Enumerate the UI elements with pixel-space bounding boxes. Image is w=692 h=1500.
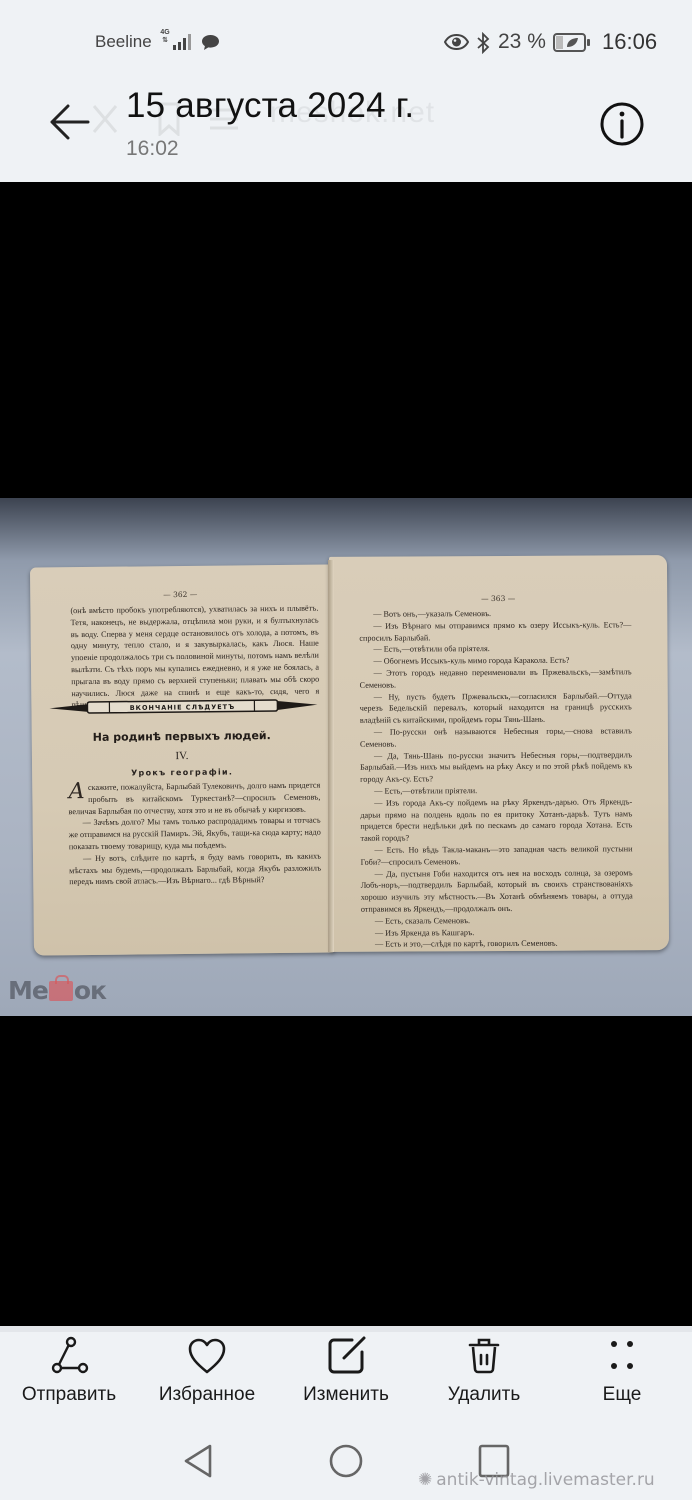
share-icon	[49, 1336, 89, 1376]
text-paragraph: — Изъ города Акъ-су пойдемъ на рѣку Ярке…	[360, 796, 632, 845]
chat-bubble-icon	[201, 34, 220, 51]
text-paragraph: — Изъ Вѣрнаго мы отправимся прямо къ озе…	[359, 619, 631, 644]
carrier-name: Beeline	[95, 32, 152, 52]
share-label: Отправить	[4, 1384, 134, 1406]
site-watermark: ✺antik-vintag.livemaster.ru	[418, 1470, 655, 1490]
share-button[interactable]: Отправить	[4, 1332, 134, 1422]
signal-icon	[172, 34, 194, 50]
ornament-text: ВКОНЧАНІЕ СЛѢДУЕТЪ	[130, 703, 236, 712]
more-button[interactable]: Еще	[557, 1332, 687, 1422]
sunburst-logo-icon: ✺	[418, 1470, 432, 1490]
image-time-subtitle: 16:02	[126, 137, 179, 161]
left-page-bottom-text: Аскажите, пожалуйста, Барлыбай Тулекович…	[68, 780, 321, 889]
action-toolbar: Отправить Избранное Изменить Удалить Еще	[0, 1326, 692, 1420]
edit-icon	[326, 1336, 366, 1376]
eye-comfort-icon	[444, 34, 469, 50]
shopping-bag-icon	[49, 981, 73, 1001]
status-bar: Beeline 4G⇅ 23 % 16:06	[0, 28, 692, 60]
home-circle-icon[interactable]	[326, 1442, 366, 1480]
text-paragraph: — Да, пустыня Гоби находится отъ нея на …	[361, 867, 633, 916]
trash-icon	[464, 1336, 504, 1376]
edit-button[interactable]: Изменить	[281, 1332, 411, 1422]
text-paragraph: — Ну, пусть будетъ Пржевальскъ,—согласил…	[360, 690, 632, 727]
pen-ornament-icon: ВКОНЧАНІЕ СЛѢДУЕТЪ	[49, 693, 317, 718]
favorite-label: Избранное	[142, 1384, 272, 1406]
battery-saver-icon	[553, 33, 591, 52]
more-dots-icon	[602, 1336, 642, 1376]
meshok-watermark: Меок	[8, 976, 106, 1006]
book-spine-gutter	[328, 560, 334, 952]
system-navigation-bar: ✺antik-vintag.livemaster.ru	[0, 1420, 692, 1500]
text-paragraph: — Да, Тянь-Шань по-русски значитъ Небесн…	[360, 749, 632, 786]
back-arrow-icon[interactable]	[44, 100, 96, 144]
status-clock: 16:06	[602, 29, 657, 55]
book-page-left: — 362 — (онѣ вмѣсто пробокъ употребляютс…	[30, 564, 334, 955]
network-type-badge: 4G⇅	[157, 29, 173, 45]
back-triangle-icon[interactable]	[180, 1442, 220, 1480]
top-chrome: Beeline 4G⇅ 23 % 16:06 mes	[0, 0, 692, 182]
info-icon[interactable]	[598, 100, 646, 148]
page-number-right: — 363 —	[329, 593, 667, 604]
battery-percent: 23 %	[498, 30, 546, 54]
text-paragraph: скажите, пожалуйста, Барлыбай Тулековичъ…	[68, 781, 320, 816]
book-page-right: — 363 — — Вотъ онъ,—указалъ Семеновъ.— И…	[329, 555, 669, 952]
more-label: Еще	[557, 1384, 687, 1406]
bluetooth-icon	[476, 32, 490, 54]
text-paragraph: — Есть и это,—слѣдя по картѣ, говорилъ С…	[361, 938, 633, 951]
right-page-text: — Вотъ онъ,—указалъ Семеновъ.— Изъ Вѣрна…	[359, 607, 633, 951]
viewer-header: meshok.net 15 августа 2024 г. 16:02	[0, 82, 692, 168]
drop-cap: А	[68, 782, 85, 802]
delete-label: Удалить	[419, 1384, 549, 1406]
chapter-number: IV.	[32, 748, 332, 763]
heart-icon	[187, 1336, 227, 1376]
text-paragraph: — Зачѣмъ долго? Мы тамъ только распродад…	[69, 815, 321, 853]
edit-label: Изменить	[281, 1384, 411, 1406]
text-paragraph: — Этотъ городъ недавно переименовали въ …	[360, 666, 632, 691]
text-paragraph: — Ну вотъ, слѣдите по картѣ, я буду вамъ…	[69, 850, 321, 888]
photo-viewer-image[interactable]: — 362 — (онѣ вмѣсто пробокъ употребляютс…	[0, 498, 692, 1016]
favorite-button[interactable]: Избранное	[142, 1332, 272, 1422]
page-number-left: — 362 —	[30, 588, 330, 600]
image-date-title: 15 августа 2024 г.	[126, 86, 414, 126]
delete-button[interactable]: Удалить	[419, 1332, 549, 1422]
lesson-title: Урокъ географіи.	[32, 766, 332, 778]
text-paragraph: — По-русски онѣ называются Небесныя горы…	[360, 725, 632, 750]
text-paragraph: — Есть. Но вѣдь Такла-маканъ—это западна…	[360, 843, 632, 868]
chapter-title: На родинѣ первыхъ людей.	[32, 728, 332, 744]
